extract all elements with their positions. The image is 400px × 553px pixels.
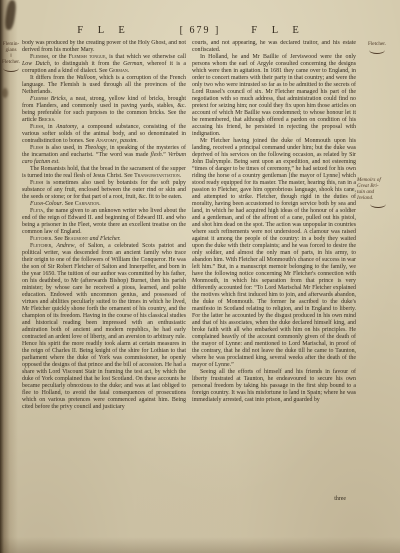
paragraph: Fleta, the name given to an unknown writ… [22,208,186,236]
text-column-right: courts, and not appearing, he was declar… [192,40,356,508]
paragraph: Mr Fletcher having joined the duke of Mo… [192,138,356,369]
text-column-left: body was produced by the creating power … [22,40,186,508]
margin-note-left-articles: Flemin-gians‖Fletcher. [1,41,21,72]
running-title-right: F L E [196,25,360,36]
flourish-mark [369,48,385,54]
paragraph: It differs from the Walloon, which is a … [22,75,186,96]
paragraph: Flesh is also used, in Theology, in spea… [22,145,186,166]
flourish-mark [370,202,386,208]
paragraph: Flemish, or the Flemish tongue, is that … [22,54,186,75]
paragraph: Flesh, in Anatomy, a compound substance,… [22,124,186,145]
margin-note-right-article: Fletcher. [357,41,397,54]
paragraph: Flesh is sometimes also used by botanist… [22,180,186,201]
paragraph: Flemish Bricks, a neat, strong, yellow k… [22,96,186,124]
paragraph: Seeing all the efforts of himself and hi… [192,369,356,404]
paragraph: Fletcher, Andrew, of Salton, a celebrate… [22,243,186,411]
margin-note-line: Fletcher. [1,59,21,65]
paragraph: body was produced by the creating power … [22,40,186,54]
margin-note-citation-memoirs: Memoirs ofGreat Bri-tain andIreland. [357,177,399,208]
running-header: F L E [ 679 ] F L E [0,25,400,39]
paragraph: Flesh-Colour. See Carnation. [22,201,186,208]
paragraph: In Holland, he and Mr Baillie of Jervisw… [192,54,356,138]
paragraph: courts, and not appearing, he was declar… [192,40,356,54]
margin-note-line: Fletcher. [357,41,397,47]
binding-ink-blot [2,88,8,98]
catchword: three [192,496,356,502]
flourish-mark [3,66,19,72]
book-page-scan: F L E [ 679 ] F L E Flemin-gians‖Fletche… [0,0,400,553]
paragraph: Fletcher. See Beaumont and Fletcher. [22,236,186,243]
margin-note-line: Ireland. [357,195,399,201]
paragraph: The Romanists hold, that the bread in th… [22,166,186,180]
